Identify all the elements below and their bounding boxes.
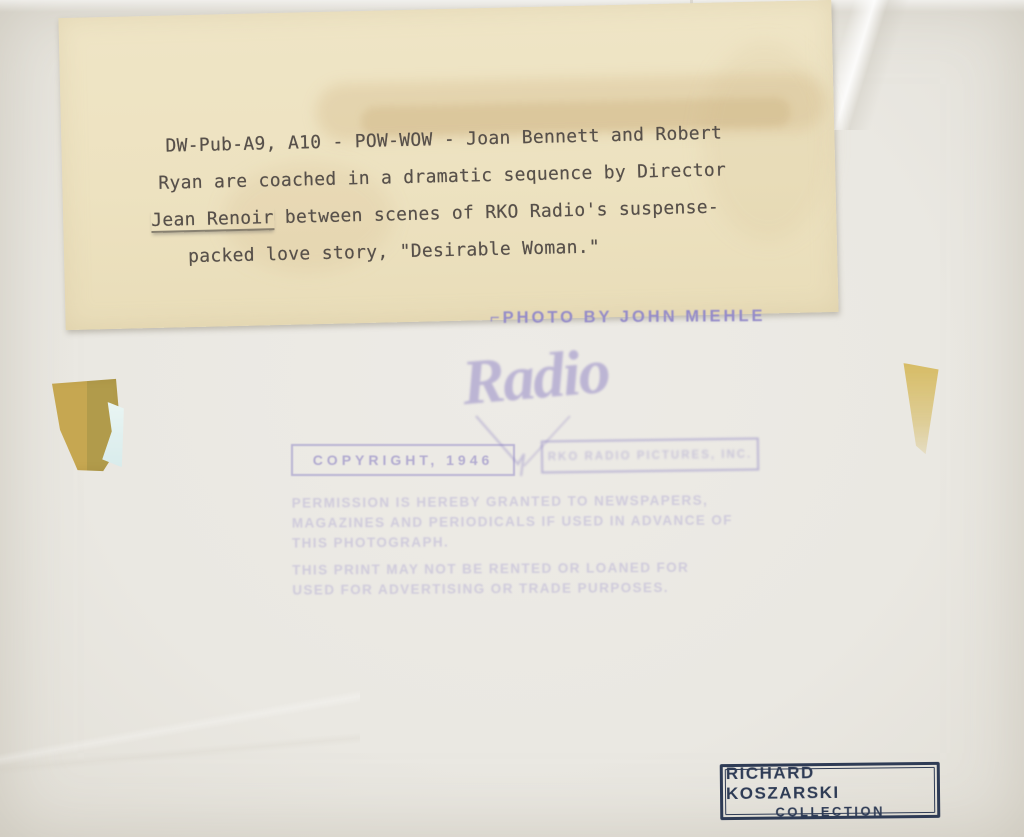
photo-verso: DW-Pub-A9, A10 - POW-WOW - Joan Bennett … [0,0,1024,837]
permission-line: USED FOR ADVERTISING OR TRADE PURPOSES. [292,577,762,600]
tape-remnant-left [44,377,124,473]
permission-line: THIS PHOTOGRAPH. [292,530,762,553]
photo-credit-stamp: ⌐PHOTO BY JOHN MIEHLE [490,307,766,328]
caption-line-3-rest: between scenes of RKO Radio's suspense- [273,197,719,228]
rko-radio-script-text: Radio [459,334,611,420]
permission-line: MAGAZINES AND PERIODICALS IF USED IN ADV… [292,510,762,533]
tape-remnant-right [892,363,940,455]
caption-slip: DW-Pub-A9, A10 - POW-WOW - Joan Bennett … [58,0,838,330]
copyright-stamp-box: COPYRIGHT, 1946 [291,444,515,476]
caption-underlined-name: Jean Renoir [151,207,274,233]
caption-line-3: Jean Renoir between scenes of RKO Radio'… [151,197,719,231]
collection-stamp-inner-border: RICHARD KOSZARSKI COLLECTION [725,767,935,815]
permission-stamp-block: PERMISSION IS HEREBY GRANTED TO NEWSPAPE… [292,490,763,600]
studio-stamp-box: RKO RADIO PICTURES, INC. [541,437,759,473]
caption-line-2: Ryan are coached in a dramatic sequence … [158,159,726,193]
paper-crease-bottom-left [0,655,360,805]
caption-line-1: DW-Pub-A9, A10 - POW-WOW - Joan Bennett … [165,123,722,157]
caption-line-4: packed love story, "Desirable Woman." [188,236,600,267]
collection-stamp-name: RICHARD KOSZARSKI [726,762,934,804]
collection-stamp-label: COLLECTION [775,803,885,819]
collection-stamp: RICHARD KOSZARSKI COLLECTION [720,762,941,820]
